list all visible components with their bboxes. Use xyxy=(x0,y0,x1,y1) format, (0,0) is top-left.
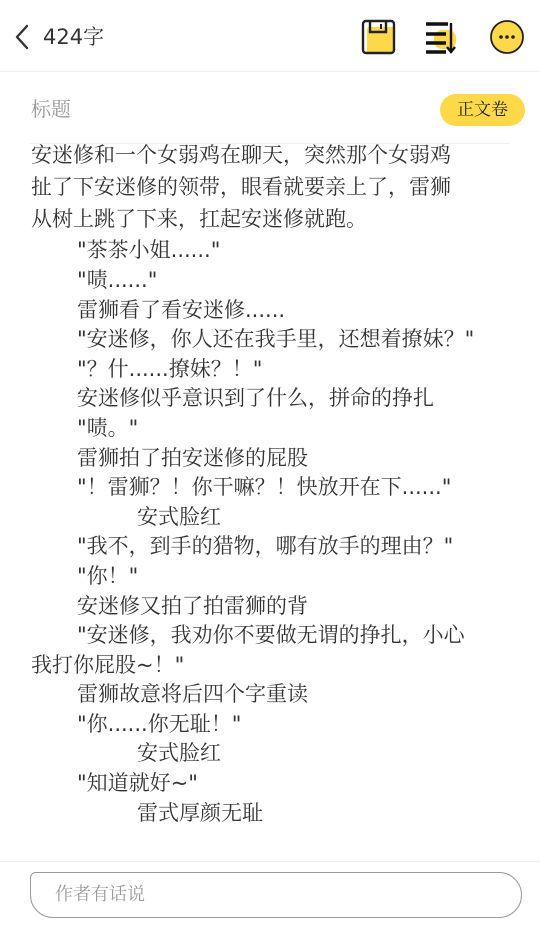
save-button[interactable] xyxy=(361,19,397,55)
text-line: 安迷修和一个女弱鸡在聊天，突然那个女弱鸡 xyxy=(31,141,511,173)
text-line: "啧......" xyxy=(31,266,511,296)
more-button[interactable] xyxy=(489,19,525,55)
back-button[interactable] xyxy=(10,22,36,52)
text-line: 我打你屁股~！" xyxy=(31,651,511,681)
chevron-left-icon xyxy=(10,22,36,52)
text-line: 扯了下安迷修的领带，眼看就要亲上了，雷狮 xyxy=(31,173,511,205)
text-line: "茶茶小姐......" xyxy=(31,236,511,266)
text-line: "我不，到手的猎物，哪有放手的理由？" xyxy=(31,532,511,562)
divider xyxy=(30,143,510,144)
chapter-list-button[interactable] xyxy=(424,19,460,55)
text-line: "知道就好~" xyxy=(31,769,511,799)
author-note-input[interactable]: 作者有话说 xyxy=(30,872,522,918)
volume-selector-button[interactable]: 正文卷 xyxy=(440,94,525,126)
title-input[interactable]: 标题 xyxy=(31,96,71,122)
text-line: "你......你无耻！" xyxy=(31,710,511,740)
text-line: 雷式厚颜无耻 xyxy=(31,799,511,829)
text-line: "？什......撩妹？！" xyxy=(31,355,511,385)
bottom-bar: 作者有话说 xyxy=(0,861,540,927)
text-line: "安迷修，你人还在我手里，还想着撩妹？" xyxy=(31,325,511,355)
text-line: 雷狮故意将后四个字重读 xyxy=(31,680,511,710)
text-line: "！雷狮？！你干嘛？！快放开在下......" xyxy=(31,473,511,503)
text-line: 安式脸红 xyxy=(31,503,511,533)
word-count: 424字 xyxy=(43,23,104,51)
text-line: "你！" xyxy=(31,562,511,592)
chapter-body-editor[interactable]: 安迷修和一个女弱鸡在聊天，突然那个女弱鸡扯了下安迷修的领带，眼看就要亲上了，雷狮… xyxy=(31,127,511,857)
text-line: "啧。" xyxy=(31,414,511,444)
save-icon xyxy=(361,19,397,55)
list-sort-icon xyxy=(424,19,460,55)
text-line: 安迷修似乎意识到了什么，拼命的挣扎 xyxy=(31,384,511,414)
text-line: 雷狮拍了拍安迷修的屁股 xyxy=(31,444,511,474)
text-line: 雷狮看了看安迷修...... xyxy=(31,296,511,326)
text-line: 安式脸红 xyxy=(31,739,511,769)
top-bar: 424字 xyxy=(0,0,540,72)
text-line: 安迷修又拍了拍雷狮的背 xyxy=(31,592,511,622)
text-line: "安迷修，我劝你不要做无谓的挣扎，小心 xyxy=(31,621,511,651)
more-icon xyxy=(489,19,525,55)
title-row: 标题 正文卷 xyxy=(0,72,540,144)
text-line: 从树上跳了下来，扛起安迷修就跑。 xyxy=(31,205,511,237)
